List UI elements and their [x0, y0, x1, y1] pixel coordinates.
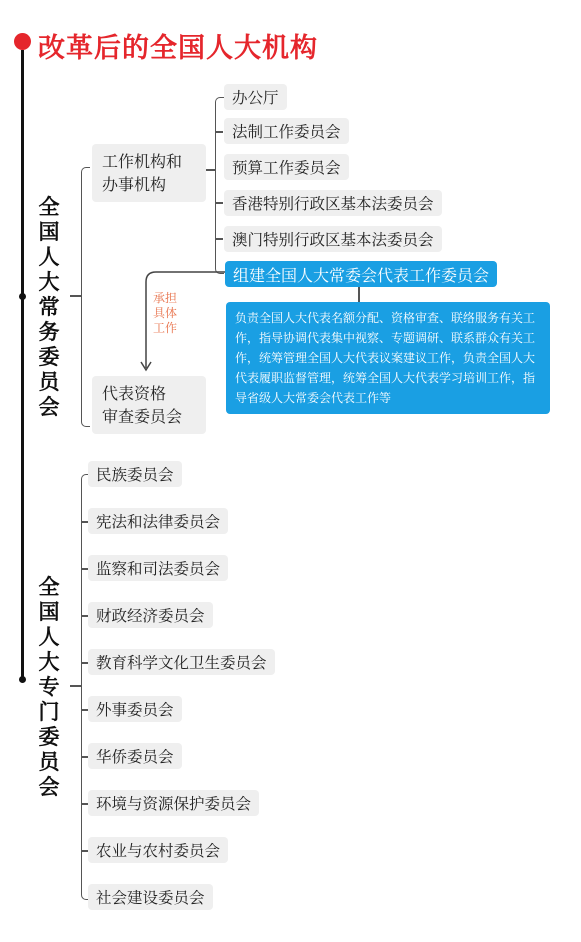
spine-node-dot [19, 293, 26, 300]
group-work-offices[interactable]: 工作机构和 办事机构 [92, 144, 206, 202]
org-node[interactable]: 环境与资源保护委员会 [88, 790, 259, 816]
group-label-line: 办事机构 [102, 173, 196, 196]
section-label-special-committees: 全国人大专门委员会 [36, 575, 62, 800]
org-node[interactable]: 教育科学文化卫生委员会 [88, 649, 275, 675]
title-bullet-icon [14, 33, 31, 50]
org-node[interactable]: 办公厅 [224, 84, 287, 110]
org-node[interactable]: 财政经济委员会 [88, 602, 213, 628]
connector-tick [215, 238, 223, 240]
spine-node-dot [19, 676, 26, 683]
subgroup-bracket [215, 97, 224, 274]
group-label-line: 工作机构和 [102, 150, 196, 173]
org-node[interactable]: 监察和司法委员会 [88, 555, 228, 581]
section-bracket [81, 474, 90, 900]
org-node[interactable]: 法制工作委员会 [224, 118, 349, 144]
connector-line [358, 287, 360, 302]
org-node[interactable]: 民族委员会 [88, 461, 182, 487]
main-spine-line [21, 50, 24, 679]
relation-note: 承担 具体 工作 [153, 291, 183, 336]
org-node[interactable]: 华侨委员会 [88, 743, 182, 769]
connector-tick [215, 202, 223, 204]
org-node-highlighted[interactable]: 组建全国人大常委会代表工作委员会 [225, 261, 497, 287]
org-node[interactable]: 农业与农村委员会 [88, 837, 228, 863]
org-node[interactable]: 宪法和法律委员会 [88, 508, 228, 534]
section-bracket [81, 167, 90, 427]
org-node[interactable]: 香港特别行政区基本法委员会 [224, 190, 442, 216]
org-node[interactable]: 社会建设委员会 [88, 884, 213, 910]
org-node[interactable]: 预算工作委员会 [224, 154, 349, 180]
group-label-line: 代表资格 [102, 382, 196, 405]
connector-tick [215, 131, 223, 133]
group-label-line: 审查委员会 [102, 405, 196, 428]
group-credentials-committee[interactable]: 代表资格 审查委员会 [92, 376, 206, 434]
org-node[interactable]: 澳门特别行政区基本法委员会 [224, 226, 442, 252]
org-node[interactable]: 外事委员会 [88, 696, 182, 722]
page-title: 改革后的全国人大机构 [38, 26, 318, 65]
description-box: 负责全国人大代表名额分配、资格审查、联络服务有关工作，指导协调代表集中视察、专题… [226, 302, 550, 414]
section-label-standing-committee: 全国人大常务委员会 [36, 195, 62, 420]
